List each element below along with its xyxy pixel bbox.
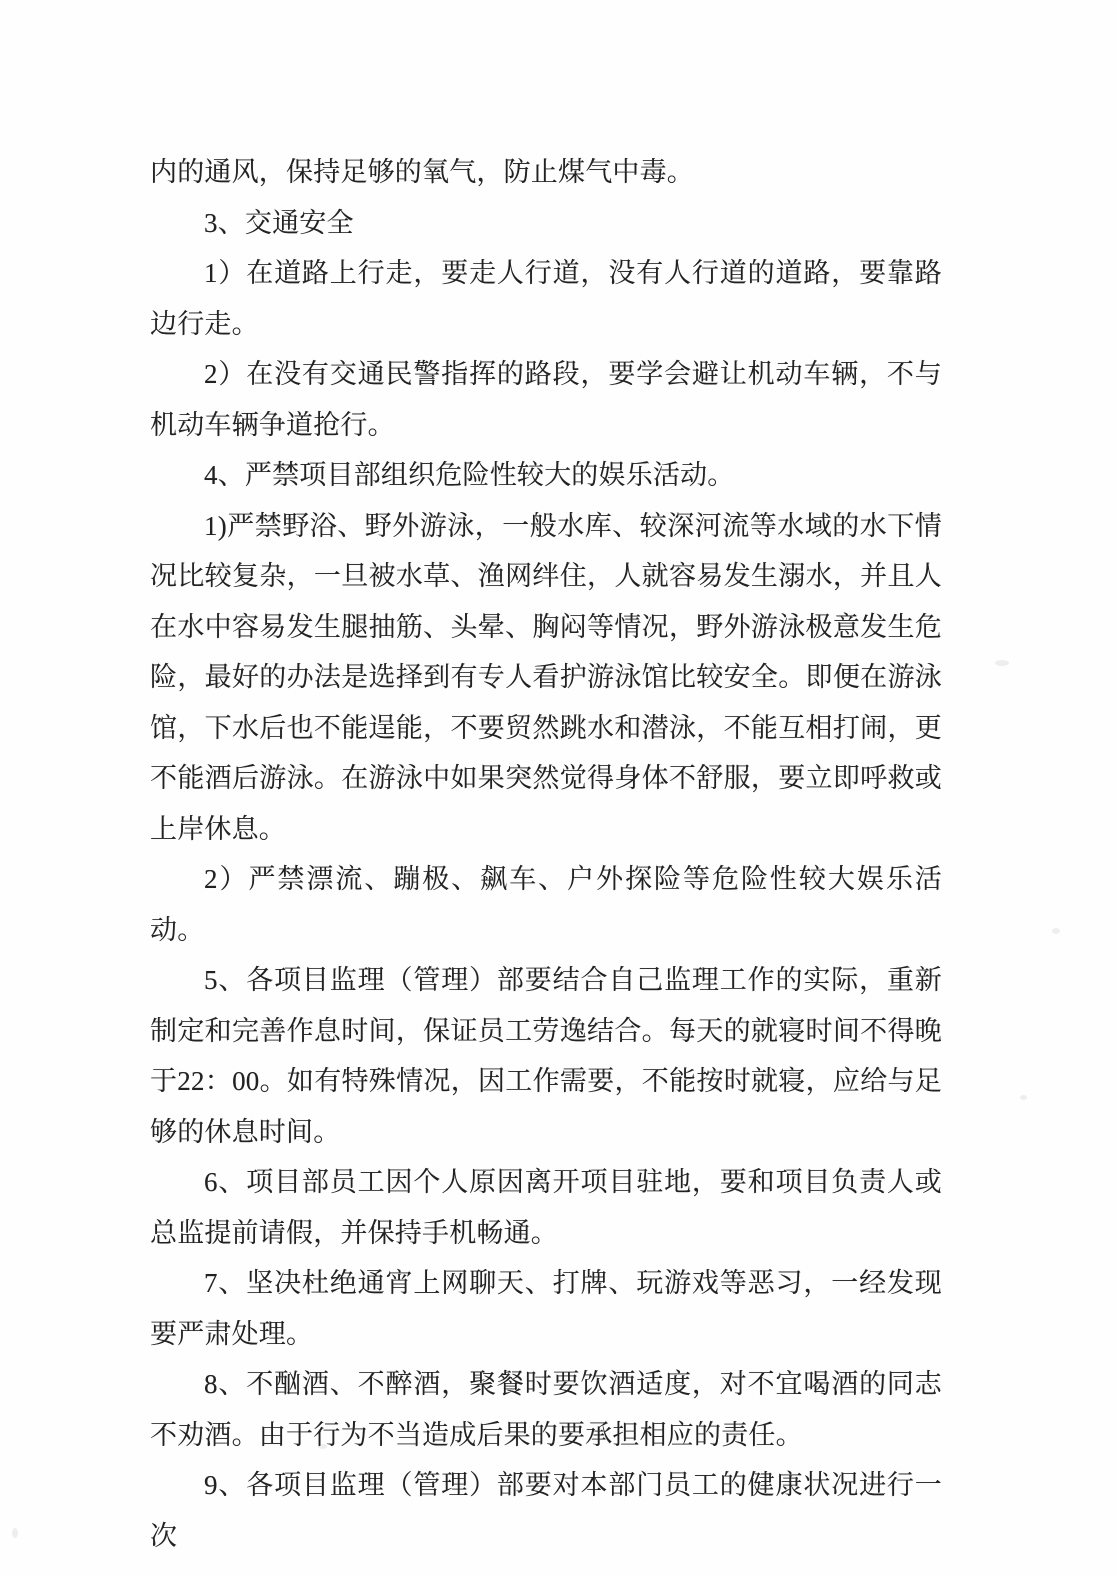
para-gas-poisoning-continuation: 内的通风，保持足够的氧气，防止煤气中毒。	[150, 147, 942, 198]
item-4-dangerous-entertainment-ban: 4、严禁项目部组织危险性较大的娱乐活动。	[150, 450, 942, 501]
scan-speck	[995, 660, 1009, 666]
item-3-2-avoid-motor-vehicles: 2）在没有交通民警指挥的路段，要学会避让机动车辆，不与机动车辆争道抢行。	[150, 349, 942, 450]
scan-speck	[1020, 1095, 1027, 1100]
item-3-1-walk-on-sidewalk: 1）在道路上行走，要走人行道，没有人行道的道路，要靠路边行走。	[150, 248, 942, 349]
item-4-2-no-extreme-activities: 2）严禁漂流、蹦极、飙车、户外探险等危险性较大娱乐活动。	[150, 854, 942, 955]
scanned-document-page: 内的通风，保持足够的氧气，防止煤气中毒。 3、交通安全 1）在道路上行走，要走人…	[0, 0, 1116, 1577]
item-8-no-excessive-drinking: 8、不酗酒、不醉酒，聚餐时要饮酒适度，对不宜喝酒的同志不劝酒。由于行为不当造成后…	[150, 1359, 942, 1460]
item-9-health-check: 9、各项目监理（管理）部要对本部门员工的健康状况进行一次	[150, 1460, 942, 1561]
item-7-no-allnight-gaming: 7、坚决杜绝通宵上网聊天、打牌、玩游戏等恶习，一经发现要严肃处理。	[150, 1258, 942, 1359]
scan-speck	[12, 1528, 18, 1538]
item-3-traffic-safety-heading: 3、交通安全	[150, 198, 942, 249]
item-5-work-rest-schedule: 5、各项目监理（管理）部要结合自己监理工作的实际，重新制定和完善作息时间，保证员…	[150, 955, 942, 1157]
scan-speck	[1052, 928, 1060, 934]
document-text-block: 内的通风，保持足够的氧气，防止煤气中毒。 3、交通安全 1）在道路上行走，要走人…	[150, 147, 942, 1561]
item-6-leave-request-rule: 6、项目部员工因个人原因离开项目驻地，要和项目负责人或总监提前请假，并保持手机畅…	[150, 1157, 942, 1258]
item-4-1-no-wild-swimming: 1)严禁野浴、野外游泳，一般水库、较深河流等水域的水下情况比较复杂，一旦被水草、…	[150, 501, 942, 855]
